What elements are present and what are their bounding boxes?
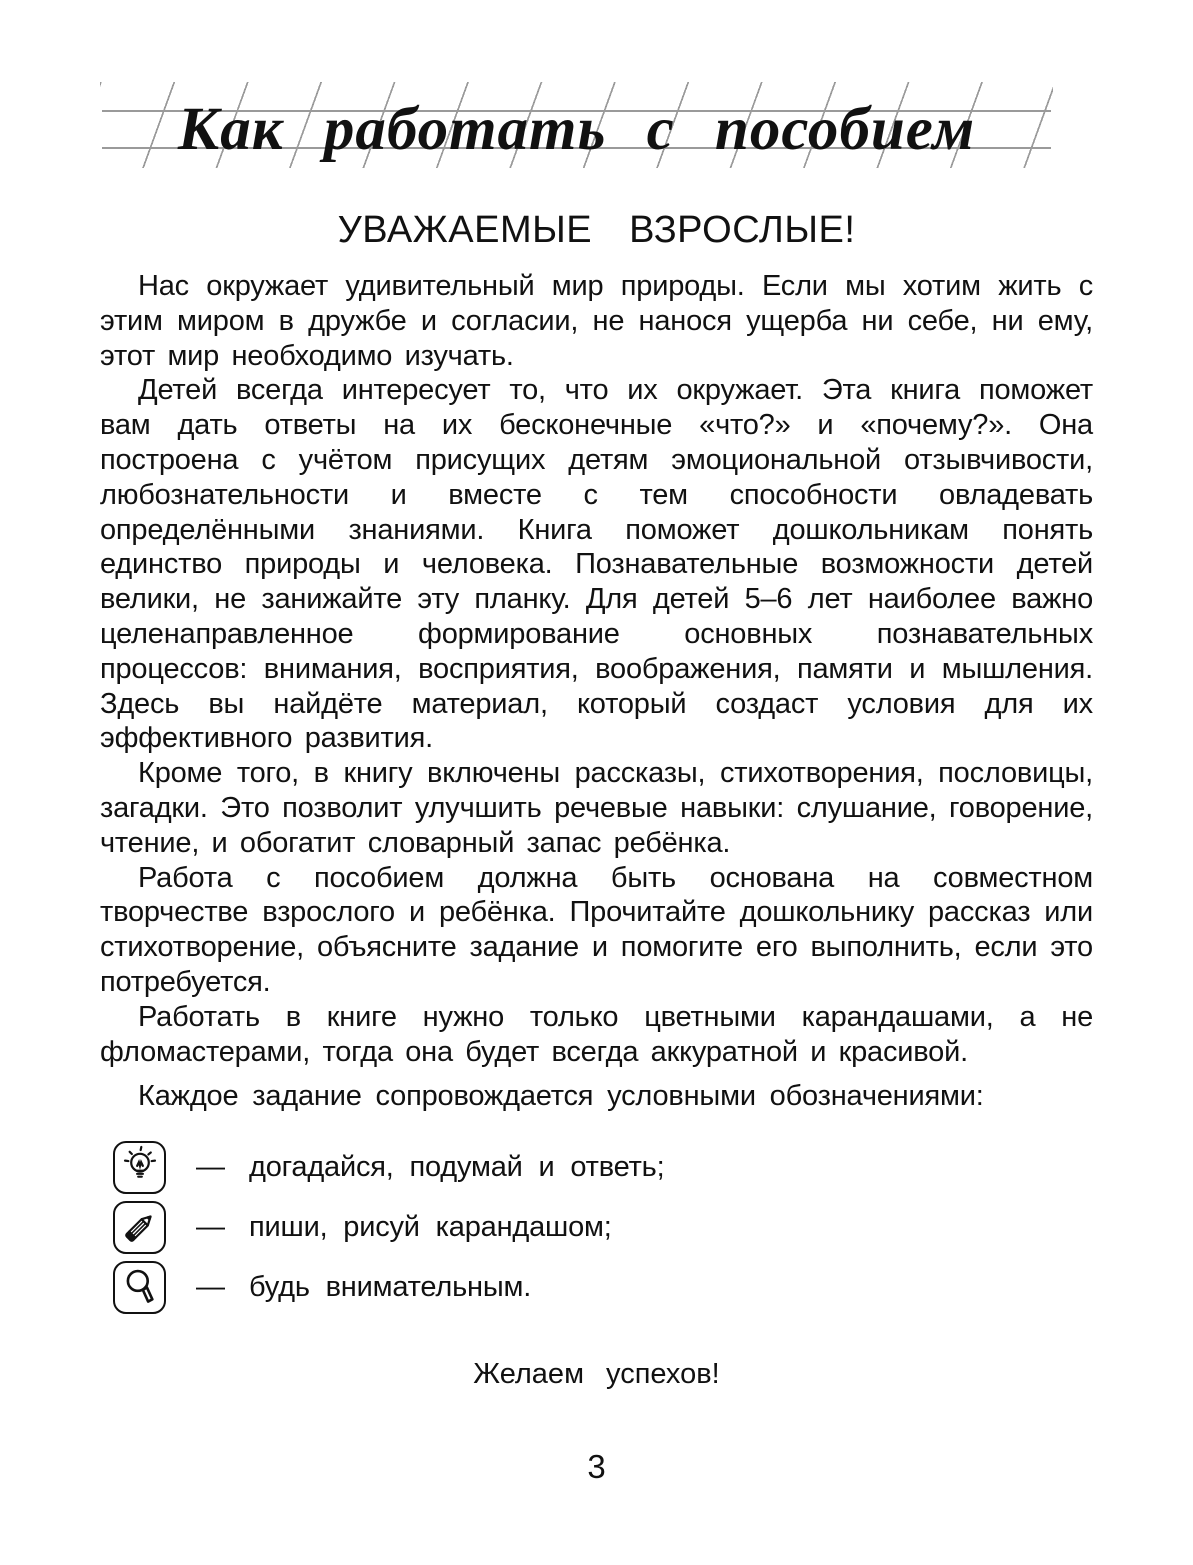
chapter-title: Как работать с пособием	[100, 82, 1053, 178]
paragraph-1: Нас окружает удивительный мир природы. Е…	[100, 269, 1093, 373]
lightbulb-icon	[113, 1141, 166, 1194]
legend-dash: —	[196, 1211, 225, 1244]
legend-dash: —	[196, 1151, 225, 1184]
section-heading: УВАЖАЕМЫЕ ВЗРОСЛЫЕ!	[100, 209, 1093, 251]
legend-label: догадайся, подумай и ответь;	[249, 1151, 664, 1184]
chapter-header: Как работать с пособием	[100, 82, 1053, 168]
legend-item-draw: — пиши, рисуй карандашом;	[113, 1200, 1093, 1254]
legend-label: будь внимательным.	[249, 1271, 531, 1304]
paragraph-3: Кроме того, в книгу включены рассказы, с…	[100, 756, 1093, 860]
legend-item-attention: — будь внимательным.	[113, 1260, 1093, 1314]
paragraph-2: Детей всегда интересует то, что их окруж…	[100, 373, 1093, 756]
legend-intro: Каждое задание сопровождается условными …	[100, 1079, 1093, 1114]
magnifier-icon	[113, 1261, 166, 1314]
book-page: Как работать с пособием УВАЖАЕМЫЕ ВЗРОСЛ…	[0, 0, 1193, 1565]
page-number: 3	[0, 1448, 1193, 1486]
legend-dash: —	[196, 1271, 225, 1304]
body-text: Нас окружает удивительный мир природы. Е…	[100, 269, 1093, 1069]
closing-line: Желаем успехов!	[100, 1358, 1093, 1391]
legend-item-think: — догадайся, подумай и ответь;	[113, 1140, 1093, 1194]
pencil-icon	[113, 1201, 166, 1254]
page-content: УВАЖАЕМЫЕ ВЗРОСЛЫЕ! Нас окружает удивите…	[100, 209, 1093, 1391]
paragraph-5: Работать в книге нужно только цветными к…	[100, 1000, 1093, 1070]
paragraph-4: Работа с пособием должна быть основана н…	[100, 861, 1093, 1000]
legend-list: — догадайся, подумай и ответь;	[113, 1140, 1093, 1314]
legend-label: пиши, рисуй карандашом;	[249, 1211, 612, 1244]
